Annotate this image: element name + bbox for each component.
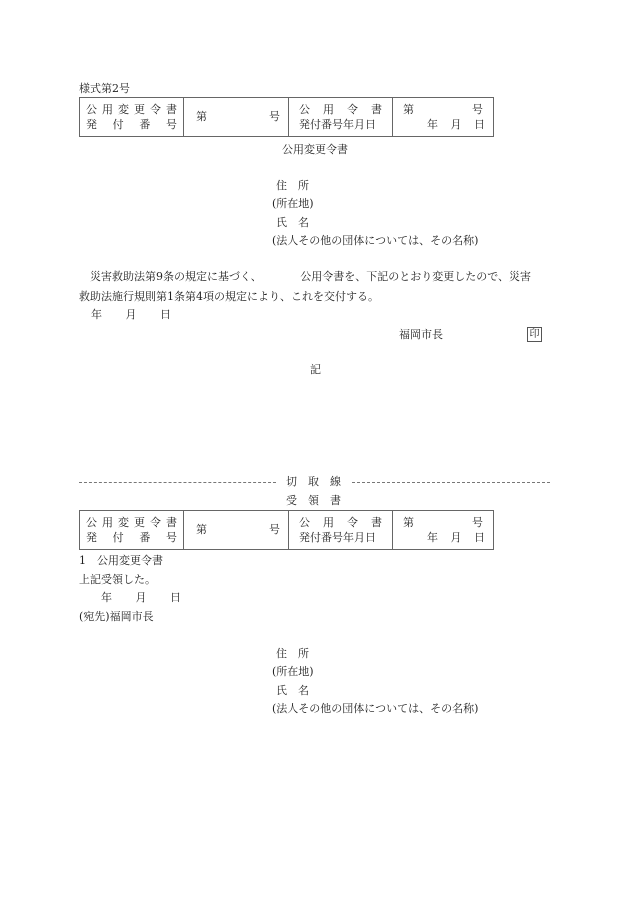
receipt-title: 受 領 書 bbox=[286, 494, 341, 508]
label-char: 付 bbox=[113, 118, 124, 132]
month-text: 月 bbox=[451, 118, 462, 132]
label-char: 用 bbox=[323, 103, 334, 117]
day-text: 日 bbox=[474, 531, 485, 545]
label-char: 令 bbox=[150, 103, 161, 117]
body-line-2: 救助法施行規則第1条第4項の規定により、これを交付する。 bbox=[79, 290, 379, 304]
cell-order-date-value: 第号 年月日 bbox=[392, 98, 493, 136]
ki-heading: 記 bbox=[310, 363, 321, 377]
receipt-table: 公用変更令書 発付番号 第号 公用令書 発付番号年月日 第号 年月日 bbox=[79, 510, 494, 550]
cell-change-order-number-value: 第号 bbox=[183, 511, 288, 549]
receipt-addressee: (宛先)福岡市長 bbox=[79, 610, 154, 624]
label-char: 更 bbox=[134, 516, 145, 530]
label-char: 発 bbox=[86, 531, 97, 545]
label-char: 号 bbox=[166, 531, 177, 545]
label-char: 公 bbox=[86, 516, 97, 530]
label-char: 番 bbox=[139, 531, 150, 545]
label-char: 号 bbox=[166, 118, 177, 132]
label-char: 番 bbox=[139, 118, 150, 132]
label-char: 用 bbox=[323, 516, 334, 530]
form-number: 様式第2号 bbox=[79, 82, 130, 96]
receipt-item: 1 公用変更令書 bbox=[79, 554, 163, 568]
dai-text: 第 bbox=[403, 516, 414, 530]
label-char: 変 bbox=[118, 516, 129, 530]
month-text: 月 bbox=[451, 531, 462, 545]
day-text: 日 bbox=[160, 308, 171, 322]
dai-text: 第 bbox=[196, 523, 207, 537]
receipt-corporation-note: (法人その他の団体については、その名称) bbox=[272, 702, 478, 716]
issue-date: 年月日 bbox=[91, 308, 171, 322]
order-date-label: 発付番号年月日 bbox=[299, 531, 376, 545]
year-text: 年 bbox=[91, 308, 102, 322]
cut-line-right bbox=[352, 482, 550, 483]
day-text: 日 bbox=[170, 591, 181, 605]
cut-line-left bbox=[79, 482, 276, 483]
address-label: 住 所 bbox=[276, 179, 309, 193]
label-char: 公 bbox=[299, 103, 310, 117]
issuer-name: 福岡市長 bbox=[399, 328, 443, 342]
body-line-1: 災害救助法第9条の規定に基づく、 公用令書を、下記のとおり変更したので、災害 bbox=[79, 270, 531, 284]
header-table: 公用変更令書 発付番号 第号 公用令書 発付番号年月日 第号 年月日 bbox=[79, 97, 494, 137]
receipt-date: 年月日 bbox=[101, 591, 181, 605]
label-char: 更 bbox=[134, 103, 145, 117]
year-text: 年 bbox=[427, 531, 438, 545]
go-text: 号 bbox=[472, 516, 483, 530]
label-char: 令 bbox=[347, 103, 358, 117]
receipt-acknowledgement: 上記受領した。 bbox=[79, 573, 156, 587]
label-char: 公 bbox=[86, 103, 97, 117]
go-text: 号 bbox=[269, 110, 280, 124]
dai-text: 第 bbox=[196, 110, 207, 124]
day-text: 日 bbox=[474, 118, 485, 132]
document-title: 公用変更令書 bbox=[282, 143, 348, 157]
label-char: 公 bbox=[299, 516, 310, 530]
go-text: 号 bbox=[472, 103, 483, 117]
cell-order-date-value: 第号 年月日 bbox=[392, 511, 493, 549]
dai-text: 第 bbox=[403, 103, 414, 117]
location-label: (所在地) bbox=[272, 197, 314, 211]
cut-line-label: 切 取 線 bbox=[286, 475, 341, 489]
seal-mark: 印 bbox=[527, 327, 542, 342]
year-text: 年 bbox=[427, 118, 438, 132]
month-text: 月 bbox=[136, 591, 147, 605]
label-char: 書 bbox=[166, 103, 177, 117]
receipt-location-label: (所在地) bbox=[272, 665, 314, 679]
year-text: 年 bbox=[101, 591, 112, 605]
go-text: 号 bbox=[269, 523, 280, 537]
label-char: 付 bbox=[113, 531, 124, 545]
order-date-label: 発付番号年月日 bbox=[299, 118, 376, 132]
label-char: 用 bbox=[102, 103, 113, 117]
month-text: 月 bbox=[126, 308, 137, 322]
name-label: 氏 名 bbox=[276, 216, 309, 230]
label-char: 令 bbox=[347, 516, 358, 530]
label-char: 書 bbox=[166, 516, 177, 530]
cell-change-order-number-label: 公用変更令書 発付番号 bbox=[80, 511, 183, 549]
label-char: 書 bbox=[371, 103, 382, 117]
cell-order-date-label: 公用令書 発付番号年月日 bbox=[288, 98, 392, 136]
receipt-address-label: 住 所 bbox=[276, 647, 309, 661]
label-char: 発 bbox=[86, 118, 97, 132]
label-char: 令 bbox=[150, 516, 161, 530]
cell-order-date-label: 公用令書 発付番号年月日 bbox=[288, 511, 392, 549]
receipt-name-label: 氏 名 bbox=[276, 684, 309, 698]
corporation-note: (法人その他の団体については、その名称) bbox=[272, 234, 478, 248]
cell-change-order-number-label: 公用変更令書 発付番号 bbox=[80, 98, 183, 136]
label-char: 書 bbox=[371, 516, 382, 530]
cell-change-order-number-value: 第号 bbox=[183, 98, 288, 136]
label-char: 用 bbox=[102, 516, 113, 530]
label-char: 変 bbox=[118, 103, 129, 117]
